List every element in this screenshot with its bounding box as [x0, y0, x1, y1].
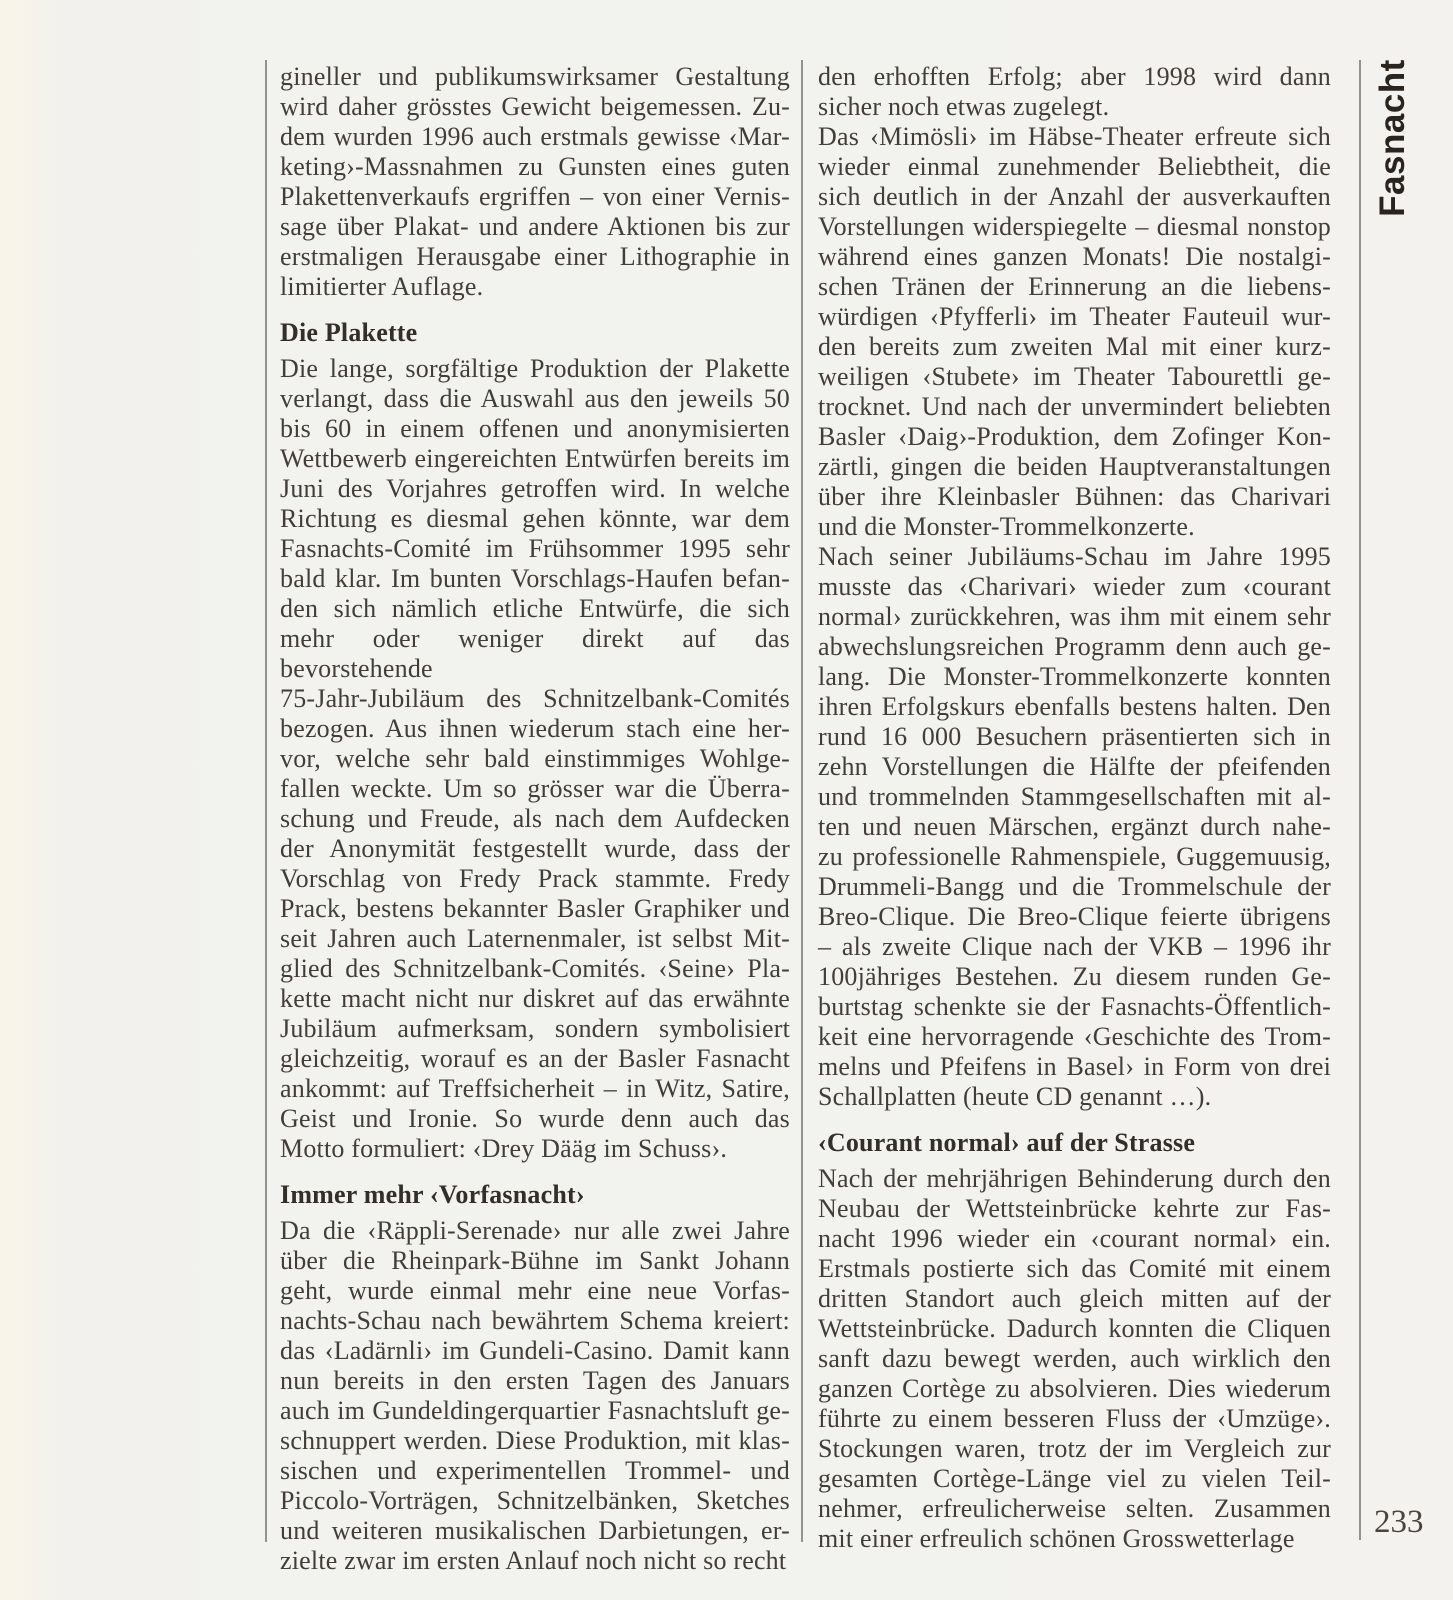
text-line: ankommt: auf Treffsicherheit – in Witz, …: [280, 1074, 790, 1104]
text-line: sage über Plakat- und andere Aktionen bi…: [280, 212, 790, 242]
text-line: den sich nämlich etliche Entwürfe, die s…: [280, 594, 790, 624]
text-line: ganzen Cortège zu absolvieren. Dies wied…: [818, 1374, 1331, 1404]
text-line: führte zu einem besseren Fluss der ‹Umzü…: [818, 1404, 1331, 1434]
text-line: Vorschlag von Fredy Prack stammte. Fredy: [280, 864, 790, 894]
paragraph: Das ‹Mimösli› im Häbse-Theater erfreute …: [818, 122, 1331, 542]
text-line: dem wurden 1996 auch erstmals gewisse ‹M…: [280, 122, 790, 152]
page-number: 233: [1374, 1504, 1424, 1540]
text-line: sich deutlich in der Anzahl der ausverka…: [818, 182, 1331, 212]
text-line: Plakettenverkaufs ergriffen – von einer …: [280, 182, 790, 212]
text-line: rund 16 000 Besuchern präsentierten sich…: [818, 722, 1331, 752]
text-line: und die Monster-Trommelkonzerte.: [818, 512, 1331, 542]
text-line: Nach der mehrjährigen Behinderung durch …: [818, 1164, 1331, 1194]
text-line: ‹Courant normal› auf der Strasse: [818, 1128, 1331, 1158]
text-line: musste das ‹Charivari› wieder zum ‹coura…: [818, 572, 1331, 602]
text-line: Fasnachts-Comité im Frühsommer 1995 sehr: [280, 534, 790, 564]
text-line: Die lange, sorgfältige Produktion der Pl…: [280, 354, 790, 384]
text-line: fallen weckte. Um so grösser war die Übe…: [280, 774, 790, 804]
text-line: zärtli, gingen die beiden Hauptveranstal…: [818, 452, 1331, 482]
text-line: limitierter Auflage.: [280, 272, 790, 302]
section-heading: Die Plakette: [280, 318, 790, 348]
text-line: schnuppert werden. Diese Produktion, mit…: [280, 1426, 790, 1456]
text-line: weiligen ‹Stubete› im Theater Tabourettl…: [818, 362, 1331, 392]
text-line: den bereits zum zweiten Mal mit einer ku…: [818, 332, 1331, 362]
text-line: Immer mehr ‹Vorfasnacht›: [280, 1180, 790, 1210]
margin-rule-right: [1359, 60, 1361, 1540]
text-line: sicher noch etwas zugelegt.: [818, 92, 1331, 122]
text-line: Stockungen waren, trotz der im Vergleich…: [818, 1434, 1331, 1464]
text-line: während eines ganzen Monats! Die nostalg…: [818, 242, 1331, 272]
text-line: Drummeli-Bangg und die Trommelschule der: [818, 872, 1331, 902]
section-heading: Immer mehr ‹Vorfasnacht›: [280, 1180, 790, 1210]
text-line: dritten Standort auch gleich mitten auf …: [818, 1284, 1331, 1314]
paragraph: Nach der mehrjährigen Behinderung durch …: [818, 1164, 1331, 1554]
paragraph: Da die ‹Räppli-Serenade› nur alle zwei J…: [280, 1216, 790, 1576]
text-line: ten und neuen Märschen, ergänzt durch na…: [818, 812, 1331, 842]
section-heading: ‹Courant normal› auf der Strasse: [818, 1128, 1331, 1158]
column-divider: [801, 60, 803, 1542]
text-line: und trommelnden Stammgesellschaften mit …: [818, 782, 1331, 812]
text-line: abwechslungsreichen Programm denn auch g…: [818, 632, 1331, 662]
text-line: nun bereits in den ersten Tagen des Janu…: [280, 1366, 790, 1396]
text-line: zu professionelle Rahmenspiele, Guggemuu…: [818, 842, 1331, 872]
text-line: zielte zwar im ersten Anlauf noch nicht …: [280, 1546, 790, 1576]
text-line: wird daher grösstes Gewicht beigemessen.…: [280, 92, 790, 122]
text-line: verlangt, dass die Auswahl aus den jewei…: [280, 384, 790, 414]
text-line: normal› zurückkehren, was ihm mit einem …: [818, 602, 1331, 632]
text-line: Vorstellungen widerspiegelte – diesmal n…: [818, 212, 1331, 242]
text-line: und weiteren musikalischen Darbietungen,…: [280, 1516, 790, 1546]
text-line: Erstmals postierte sich das Comité mit e…: [818, 1254, 1331, 1284]
text-line: Nach seiner Jubiläums-Schau im Jahre 199…: [818, 542, 1331, 572]
text-line: Piccolo-Vorträgen, Schnitzelbänken, Sket…: [280, 1486, 790, 1516]
text-line: wieder einmal zunehmender Beliebtheit, d…: [818, 152, 1331, 182]
text-line: glied des Schnitzelbank-Comités. ‹Seine›…: [280, 954, 790, 984]
text-line: geht, wurde einmal mehr eine neue Vorfas…: [280, 1276, 790, 1306]
text-line: ihren Erfolgskurs ebenfalls bestens halt…: [818, 692, 1331, 722]
text-line: nachts-Schau nach bewährtem Schema kreie…: [280, 1306, 790, 1336]
text-line: nacht 1996 wieder ein ‹courant normal› e…: [818, 1224, 1331, 1254]
text-line: das ‹Ladärnli› im Gundeli-Casino. Damit …: [280, 1336, 790, 1366]
text-line: Da die ‹Räppli-Serenade› nur alle zwei J…: [280, 1216, 790, 1246]
text-line: Wettsteinbrücke. Dadurch konnten die Cli…: [818, 1314, 1331, 1344]
text-line: Basler ‹Daig›-Produktion, dem Zofinger K…: [818, 422, 1331, 452]
text-line: keting›-Massnahmen zu Gunsten eines gute…: [280, 152, 790, 182]
text-line: mehr oder weniger direkt auf das bevorst…: [280, 624, 790, 684]
text-line: seit Jahren auch Laternenmaler, ist selb…: [280, 924, 790, 954]
paragraph: Nach seiner Jubiläums-Schau im Jahre 199…: [818, 542, 1331, 1112]
text-line: gineller und publikumswirksamer Gestaltu…: [280, 62, 790, 92]
text-line: Schallplatten (heute CD genannt …).: [818, 1082, 1331, 1112]
text-line: Motto formuliert: ‹Drey Dääg im Schuss›.: [280, 1134, 790, 1164]
text-line: Die Plakette: [280, 318, 790, 348]
text-line: mit einer erfreulich schönen Grosswetter…: [818, 1524, 1331, 1554]
section-label-fasnacht: Fasnacht: [1358, 58, 1428, 218]
text-line: schung und Freude, als nach dem Aufdecke…: [280, 804, 790, 834]
text-line: den erhofften Erfolg; aber 1998 wird dan…: [818, 62, 1331, 92]
text-line: gleichzeitig, worauf es an der Basler Fa…: [280, 1044, 790, 1074]
text-line: Jubiläum aufmerksam, sondern symbolisier…: [280, 1014, 790, 1044]
text-line: keit eine hervorragende ‹Geschichte des …: [818, 1022, 1331, 1052]
text-line: bis 60 in einem offenen und anonymisiert…: [280, 414, 790, 444]
text-line: nehmer, erfreulicherweise selten. Zusamm…: [818, 1494, 1331, 1524]
text-line: – als zweite Clique nach der VKB – 1996 …: [818, 932, 1331, 962]
paragraph: Die lange, sorgfältige Produktion der Pl…: [280, 354, 790, 1164]
text-line: Wettbewerb eingereichten Entwürfen berei…: [280, 444, 790, 474]
paragraph: den erhofften Erfolg; aber 1998 wird dan…: [818, 62, 1331, 122]
text-line: 75-Jahr-Jubiläum des Schnitzelbank-Comit…: [280, 684, 790, 714]
text-line: Juni des Vorjahres getroffen wird. In we…: [280, 474, 790, 504]
text-line: kette macht nicht nur diskret auf das er…: [280, 984, 790, 1014]
text-line: der Anonymität festgestellt wurde, dass …: [280, 834, 790, 864]
text-line: schen Tränen der Erinnerung an die liebe…: [818, 272, 1331, 302]
text-line: auch im Gundeldingerquartier Fasnachtslu…: [280, 1396, 790, 1426]
text-line: Geist und Ironie. So wurde denn auch das: [280, 1104, 790, 1134]
text-line: würdigen ‹Pfyfferli› im Theater Fauteuil…: [818, 302, 1331, 332]
margin-rule-left: [265, 60, 267, 1542]
text-line: Breo-Clique. Die Breo-Clique feierte übr…: [818, 902, 1331, 932]
text-line: vor, welche sehr bald einstimmiges Wohlg…: [280, 744, 790, 774]
text-line: gesamten Cortège-Länge viel zu vielen Te…: [818, 1464, 1331, 1494]
text-line: lang. Die Monster-Trommelkonzerte konnte…: [818, 662, 1331, 692]
text-line: melns und Pfeifens in Basel› in Form von…: [818, 1052, 1331, 1082]
text-line: über ihre Kleinbasler Bühnen: das Chariv…: [818, 482, 1331, 512]
text-line: 100jähriges Bestehen. Zu diesem runden G…: [818, 962, 1331, 992]
page-background: gineller und publikumswirksamer Gestaltu…: [0, 0, 1453, 1600]
paragraph: gineller und publikumswirksamer Gestaltu…: [280, 62, 790, 302]
text-line: Prack, bestens bekannter Basler Graphike…: [280, 894, 790, 924]
text-column-left: gineller und publikumswirksamer Gestaltu…: [280, 62, 790, 1576]
text-line: erstmaligen Herausgabe einer Lithographi…: [280, 242, 790, 272]
text-line: sanft dazu bewegt werden, auch wirklich …: [818, 1344, 1331, 1374]
text-line: trocknet. Und nach der unvermindert beli…: [818, 392, 1331, 422]
text-line: burtstag schenkte sie der Fasnachts-Öffe…: [818, 992, 1331, 1022]
text-line: Richtung es diesmal gehen könnte, war de…: [280, 504, 790, 534]
text-column-right: den erhofften Erfolg; aber 1998 wird dan…: [818, 62, 1331, 1554]
text-line: zehn Vorstellungen die Hälfte der pfeife…: [818, 752, 1331, 782]
text-line: Neubau der Wettsteinbrücke kehrte zur Fa…: [818, 1194, 1331, 1224]
text-line: bezogen. Aus ihnen wiederum stach eine h…: [280, 714, 790, 744]
text-line: bald klar. Im bunten Vorschlags-Haufen b…: [280, 564, 790, 594]
text-line: Das ‹Mimösli› im Häbse-Theater erfreute …: [818, 122, 1331, 152]
text-line: sischen und experimentellen Trommel- und: [280, 1456, 790, 1486]
text-line: über die Rheinpark-Bühne im Sankt Johann: [280, 1246, 790, 1276]
